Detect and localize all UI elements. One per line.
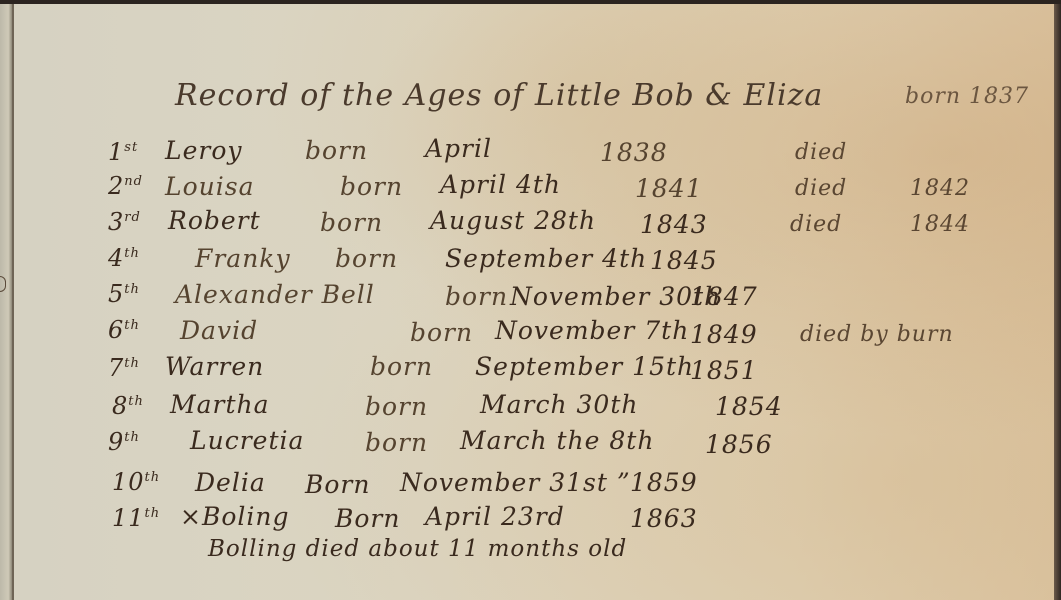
entry-name: Alexander Bell [175,280,375,309]
entry-date: March 30th [480,390,638,419]
entry-name: Leroy [165,136,243,165]
entry-name: Delia [195,468,266,497]
entry-name: Franky [195,244,291,273]
entry-year: 1849 [690,320,758,349]
entry-died-year: 1842 [910,176,970,201]
entry-died-year: 1844 [910,212,970,237]
entry-date: November 31st ” [400,468,631,497]
bracket-mark [0,276,6,292]
entry-ordinal: 3rd [108,208,141,236]
entry-died-label: died [790,212,842,237]
entry-date: August 28th [430,206,596,235]
entry-name: Martha [170,390,270,419]
entry-born-label: Born [305,470,370,499]
entry-date: September 15th [475,352,694,381]
entry-year: 1851 [690,356,758,385]
entry-year: 1847 [690,282,758,311]
entry-born-label: born [335,244,398,273]
entry-born-label: born [410,318,473,347]
entry-year: 1856 [705,430,773,459]
entry-year: 1863 [630,504,698,533]
record-title: Record of the Ages of Little Bob & Eliza [175,78,823,113]
record-title-born: born 1837 [905,84,1029,109]
book-binding-edge [1054,4,1061,600]
entry-name: ×Boling [180,502,289,531]
entry-ordinal: 10th [112,468,160,496]
entry-year: 1843 [640,210,708,239]
entry-year: 1838 [600,138,668,167]
footnote-bolling-death: Bolling died about 11 months old [208,536,627,562]
entry-name: Robert [168,206,261,235]
entry-date: March the 8th [460,426,654,455]
entry-born-label: born [365,392,428,421]
entry-ordinal: 9th [108,428,140,456]
entry-born-label: born [340,172,403,201]
entry-ordinal: 7th [108,354,140,382]
entry-year: 1845 [650,246,718,275]
entry-died-label: died [795,140,847,165]
entry-died-label: died by burn [800,322,954,347]
entry-ordinal: 5th [108,280,140,308]
entry-date: November 7th [495,316,689,345]
entry-ordinal: 4th [108,244,140,272]
entry-ordinal: 1st [108,138,138,166]
entry-year: 1854 [715,392,783,421]
entry-born-label: Born [335,504,400,533]
entry-name: Louisa [165,172,254,201]
entry-died-label: died [795,176,847,201]
entry-year: 1859 [630,468,698,497]
entry-name: Lucretia [190,426,304,455]
entry-ordinal: 8th [112,392,144,420]
entry-date: September 4th [445,244,647,273]
entry-date: April [425,134,492,163]
entry-name: Warren [165,352,264,381]
entry-born-label: born [445,282,508,311]
entry-born-label: born [320,208,383,237]
entry-date: April 4th [440,170,561,199]
entry-date: April 23rd [425,502,565,531]
entry-born-label: born [370,352,433,381]
entry-ordinal: 11th [112,504,160,532]
entry-name: David [180,316,258,345]
entry-ordinal: 6th [108,316,140,344]
entry-ordinal: 2nd [108,172,143,200]
facing-page-edge [0,4,12,600]
entry-born-label: born [305,136,368,165]
entry-born-label: born [365,428,428,457]
entry-year: 1841 [635,174,703,203]
